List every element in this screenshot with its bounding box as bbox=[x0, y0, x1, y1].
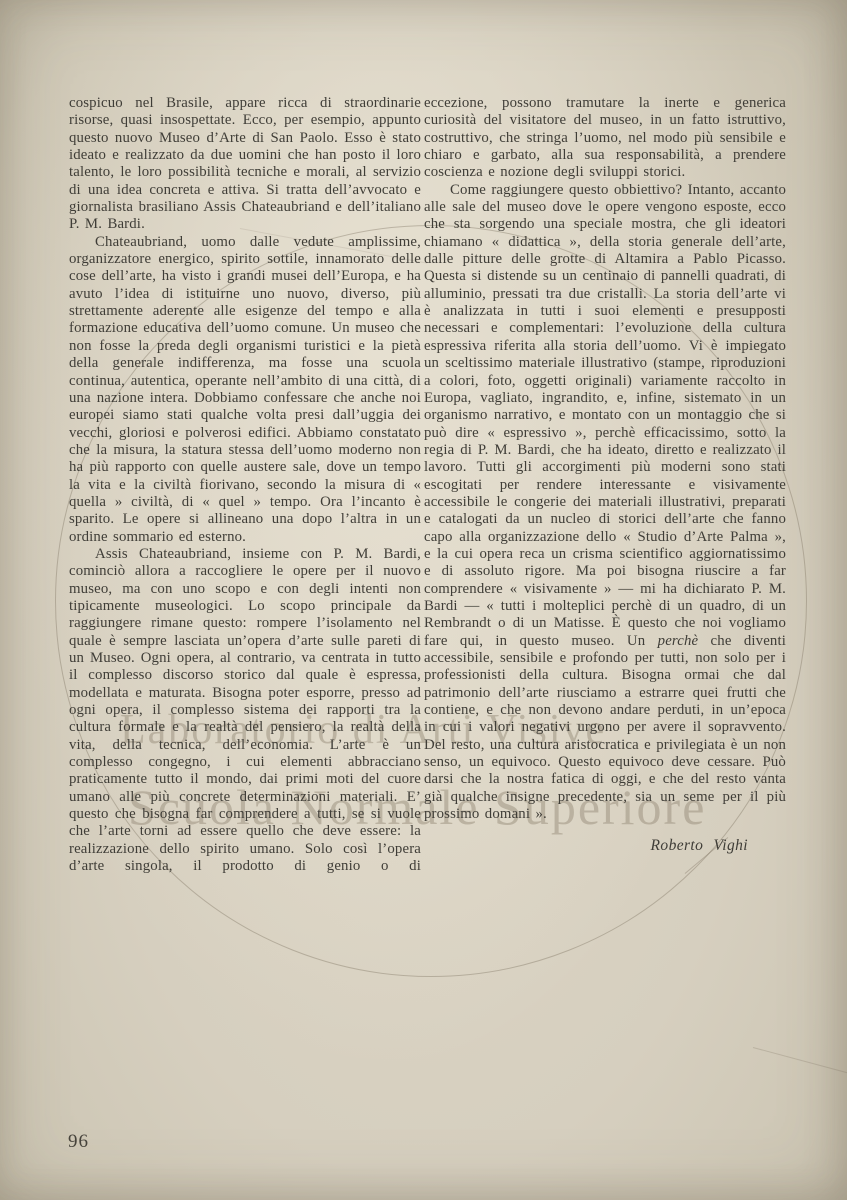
text-segment: Chateaubriand, uomo dalle vedute ampliss… bbox=[69, 234, 421, 545]
text-segment: Come raggiungere questo obbiettivo? Inta… bbox=[424, 182, 786, 649]
text-column-right: eccezione, possono tramutare la inerte e… bbox=[424, 95, 786, 855]
text-segment: cospicuo nel Brasile, appare ricca di st… bbox=[69, 95, 421, 232]
printed-text-layer: cospicuo nel Brasile, appare ricca di st… bbox=[0, 0, 847, 1200]
paragraph: eccezione, possono tramutare la inerte e… bbox=[424, 95, 786, 182]
paragraph: cospicuo nel Brasile, appare ricca di st… bbox=[69, 95, 421, 234]
text-segment: eccezione, possono tramutare la inerte e… bbox=[424, 95, 786, 180]
page-number: 96 bbox=[68, 1131, 89, 1153]
paragraph: Assis Chateaubriand, insieme con P. M. B… bbox=[69, 546, 421, 876]
text-segment: che diventi accessibile, sensibile e pro… bbox=[424, 633, 786, 822]
text-segment: Assis Chateaubriand, insieme con P. M. B… bbox=[69, 546, 421, 874]
text-column-right-paragraphs: eccezione, possono tramutare la inerte e… bbox=[424, 95, 786, 823]
paragraph: Come raggiungere questo obbiettivo? Inta… bbox=[424, 182, 786, 824]
author-signature: Roberto Vighi bbox=[424, 837, 786, 855]
paragraph: Chateaubriand, uomo dalle vedute ampliss… bbox=[69, 234, 421, 546]
text-column-left: cospicuo nel Brasile, appare ricca di st… bbox=[69, 95, 421, 875]
scanned-book-page: Laboratorio di Arti Visive Scuola Normal… bbox=[0, 0, 847, 1200]
text-segment: perchè bbox=[658, 633, 699, 649]
